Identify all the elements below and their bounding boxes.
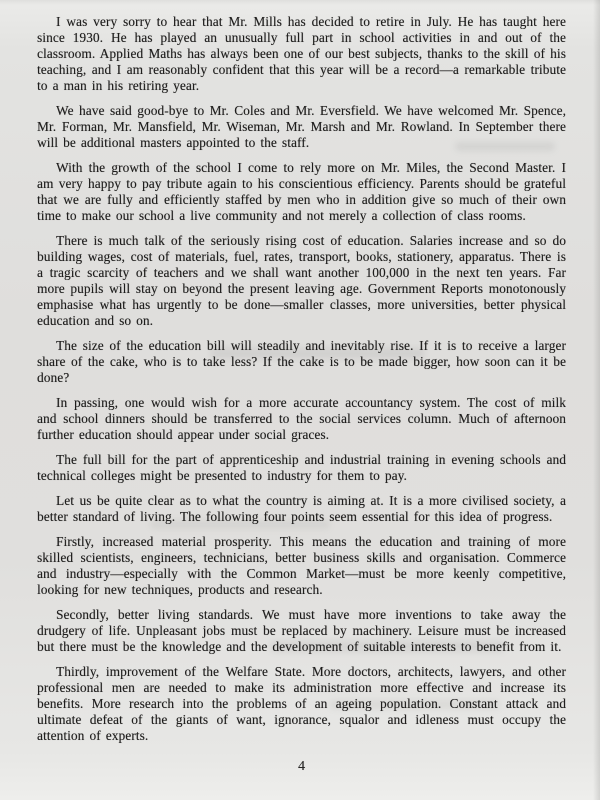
- document-page: I was very sorry to hear that Mr. Mills …: [0, 0, 600, 800]
- paragraph-secondly-living-standards: Secondly, better living standards. We mu…: [37, 607, 566, 655]
- text-block: I was very sorry to hear that Mr. Mills …: [37, 14, 566, 775]
- paragraph-retirement-mr-mills: I was very sorry to hear that Mr. Mills …: [37, 14, 566, 94]
- paragraph-rising-cost-of-education: There is much talk of the seriously risi…: [37, 233, 566, 329]
- paragraph-thirdly-welfare-state: Thirdly, improvement of the Welfare Stat…: [37, 664, 566, 744]
- paragraph-apprenticeship-bill: The full bill for the part of apprentice…: [37, 452, 566, 484]
- paragraph-staff-changes: We have said good-bye to Mr. Coles and M…: [37, 103, 566, 151]
- scanned-document-screenshot: { "document": { "page_number": "4", "par…: [0, 0, 600, 800]
- paragraph-accountancy-system: In passing, one would wish for a more ac…: [37, 395, 566, 443]
- paragraph-firstly-prosperity: Firstly, increased material prosperity. …: [37, 534, 566, 598]
- paragraph-country-aims: Let us be quite clear as to what the cou…: [37, 493, 566, 525]
- scan-edge-shadow-top: [0, 0, 600, 5]
- paragraph-second-master-tribute: With the growth of the school I come to …: [37, 160, 566, 224]
- scan-edge-shadow-right: [593, 0, 600, 800]
- page-number: 4: [37, 759, 566, 775]
- paragraph-education-bill: The size of the education bill will stea…: [37, 338, 566, 386]
